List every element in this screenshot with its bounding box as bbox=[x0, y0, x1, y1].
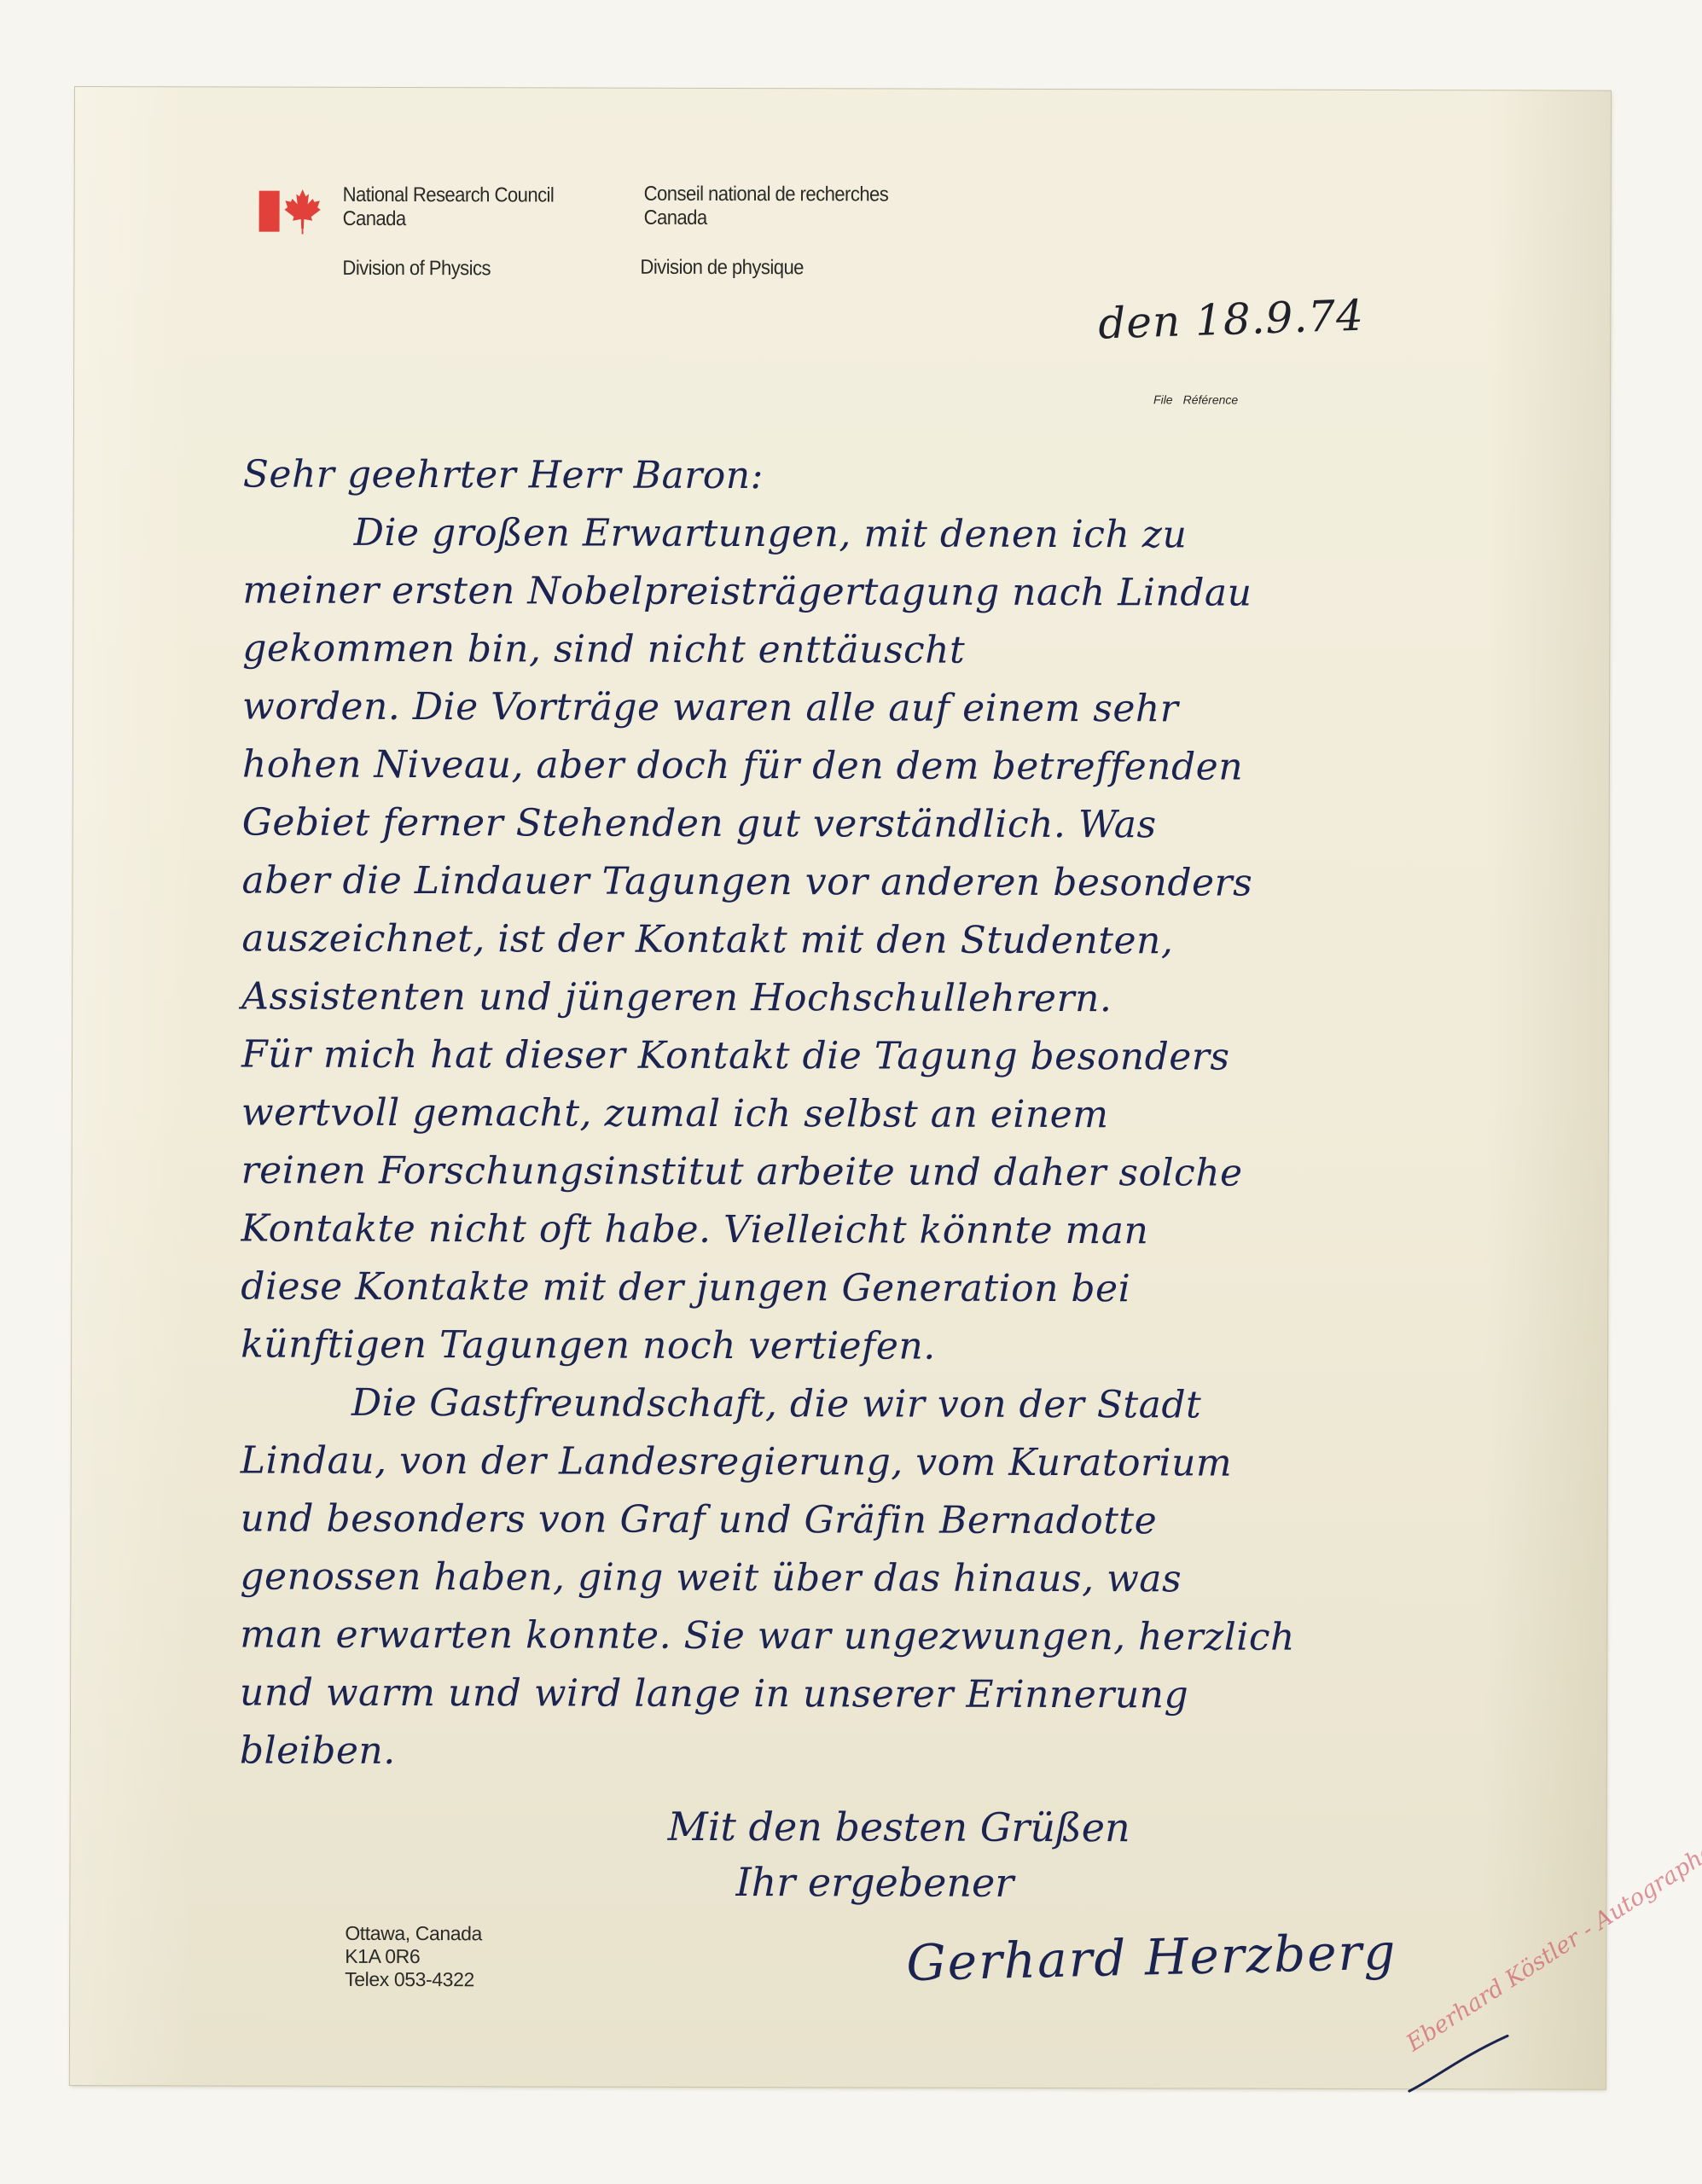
closing-valediction: Ihr ergebener bbox=[735, 1859, 1014, 1906]
letter-body: Sehr geehrter Herr Baron: Die großen Erw… bbox=[240, 446, 1574, 1784]
org-name-french: Conseil national de recherches bbox=[644, 183, 889, 207]
body-line: hohen Niveau, aber doch für den dem betr… bbox=[242, 736, 1573, 798]
body-line: und warm und wird lange in unserer Erinn… bbox=[240, 1664, 1571, 1726]
body-line: Lindau, von der Landesregierung, vom Kur… bbox=[241, 1432, 1571, 1494]
maple-leaf-icon bbox=[283, 188, 322, 235]
body-line: wertvoll gemacht, zumal ich selbst an ei… bbox=[241, 1084, 1572, 1146]
address-postal-code: K1A 0R6 bbox=[345, 1945, 482, 1968]
body-line: bleiben. bbox=[240, 1722, 1571, 1784]
division-english: Division of Physics bbox=[342, 257, 491, 281]
letterhead-english: National Research Council Canada bbox=[343, 183, 555, 232]
body-line: Gebiet ferner Stehenden gut verständlich… bbox=[242, 794, 1573, 856]
reference-label: Référence bbox=[1183, 392, 1239, 406]
body-line: meiner ersten Nobelpreisträgertagung nac… bbox=[242, 562, 1573, 624]
salutation: Sehr geehrter Herr Baron: bbox=[243, 446, 1574, 508]
file-reference: FileRéférence bbox=[1153, 392, 1248, 406]
letter-date: den 18.9.74 bbox=[1097, 291, 1364, 349]
body-line: worden. Die Vorträge waren alle auf eine… bbox=[242, 678, 1573, 740]
body-line: man erwarten konnte. Sie war ungezwungen… bbox=[240, 1606, 1571, 1668]
body-line: reinen Forschungsinstitut arbeite und da… bbox=[241, 1142, 1572, 1204]
body-line: genossen haben, ging weit über das hinau… bbox=[240, 1548, 1571, 1610]
division-french: Division de physique bbox=[640, 256, 804, 281]
body-line: auszeichnet, ist der Kontakt mit den Stu… bbox=[241, 910, 1572, 972]
letterhead-french: Conseil national de recherches Canada bbox=[644, 183, 889, 231]
body-line: Für mich hat dieser Kontakt die Tagung b… bbox=[241, 1026, 1572, 1088]
org-country-french: Canada bbox=[644, 206, 889, 231]
body-line: und besonders von Graf und Gräfin Bernad… bbox=[241, 1490, 1571, 1552]
body-line: aber die Lindauer Tagungen vor anderen b… bbox=[241, 852, 1572, 914]
body-line: Kontakte nicht oft habe. Vielleicht könn… bbox=[241, 1200, 1571, 1262]
body-line: künftigen Tagungen noch vertiefen. bbox=[241, 1316, 1571, 1378]
canada-flag-red-bar-icon bbox=[259, 191, 280, 232]
signature: Gerhard Herzberg bbox=[906, 1923, 1398, 1993]
body-line: Assistenten und jüngeren Hochschullehrer… bbox=[241, 968, 1572, 1030]
sender-address: Ottawa, Canada K1A 0R6 Telex 053-4322 bbox=[345, 1922, 482, 1991]
org-name-english: National Research Council bbox=[343, 183, 555, 208]
closing-greeting: Mit den besten Grüßen bbox=[668, 1804, 1130, 1850]
org-country-english: Canada bbox=[343, 207, 555, 232]
body-line: Die großen Erwartungen, mit denen ich zu bbox=[243, 504, 1574, 566]
body-line: Die Gastfreundschaft, die wir von der St… bbox=[241, 1374, 1571, 1436]
body-line: diese Kontakte mit der jungen Generation… bbox=[241, 1258, 1571, 1320]
address-telex: Telex 053-4322 bbox=[345, 1968, 482, 1991]
letter-sheet: National Research Council Canada Conseil… bbox=[70, 87, 1611, 2089]
body-line: gekommen bin, sind nicht enttäuscht bbox=[242, 620, 1573, 682]
address-city: Ottawa, Canada bbox=[345, 1922, 482, 1945]
file-label: File bbox=[1153, 392, 1173, 406]
